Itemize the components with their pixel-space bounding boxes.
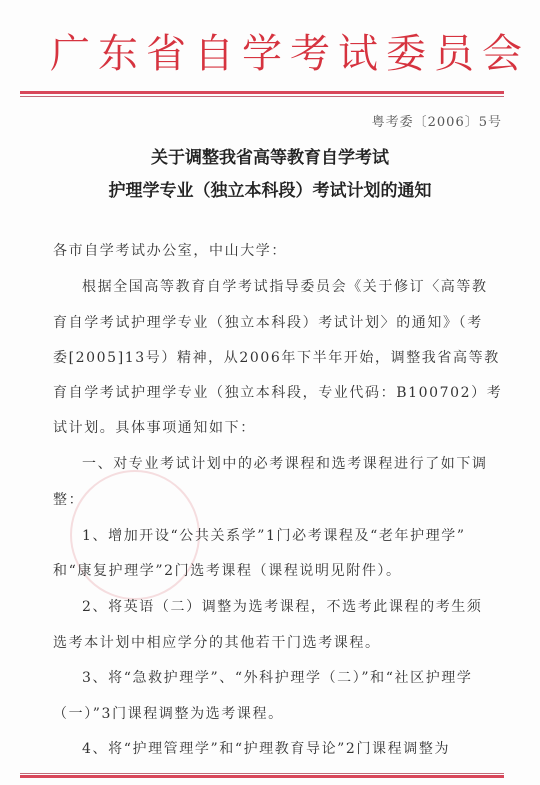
section-heading-line: 一、对专业考试计划中的必考课程和选考课程进行了如下调 [82,454,488,474]
header-rule-thin [20,96,504,97]
document-page: 广东省自学考试委员会 粤考委〔2006〕5号 关于调整我省高等教育自学考试 护理… [0,0,540,785]
list-item-1-line: 1、增加开设“公共关系学”1门必考课程及“老年护理学” [82,526,466,546]
list-item-3-line: （一）”3门课程调整为选考课程。 [53,704,284,724]
footer-rule-thin [20,773,504,774]
footer-rule-thick [20,775,504,778]
body-paragraph-line: 委[2005]13号）精神，从2006年下半年开始，调整我省高等教 [53,348,500,368]
list-item-1-line: 和“康复护理学”2门选考课程（课程说明见附件）。 [53,561,402,581]
body-paragraph-line: 育自学考试护理学专业（独立本科段）考试计划〉的通知》（考 [53,313,483,333]
body-paragraph-line: 试计划。具体事项通知如下： [53,418,256,438]
document-title-line-2: 护理学专业（独立本科段）考试计划的通知 [0,180,540,202]
list-item-2-line: 2、将英语（二）调整为选考课程，不选考此课程的考生须 [82,597,483,617]
body-paragraph-line: 育自学考试护理学专业（独立本科段，专业代码：B100702）考 [53,383,502,403]
body-paragraph-line: 根据全国高等教育自学考试指导委员会《关于修订〈高等教 [82,277,488,297]
organization-header: 广东省自学考试委员会 [50,30,490,78]
list-item-2-line: 选考本计划中相应学分的其他若干门选考课程。 [53,633,381,653]
section-heading-line: 整： [53,490,84,510]
header-rule-thick [20,91,504,94]
document-title-line-1: 关于调整我省高等教育自学考试 [0,147,540,169]
list-item-4-line: 4、将“护理管理学”和“护理教育导论”2门课程调整为 [82,739,450,759]
list-item-3-line: 3、将“急救护理学”、“外科护理学（二）”和“社区护理学 [82,668,473,688]
document-number: 粤考委〔2006〕5号 [372,114,502,132]
salutation: 各市自学考试办公室，中山大学： [53,241,287,261]
